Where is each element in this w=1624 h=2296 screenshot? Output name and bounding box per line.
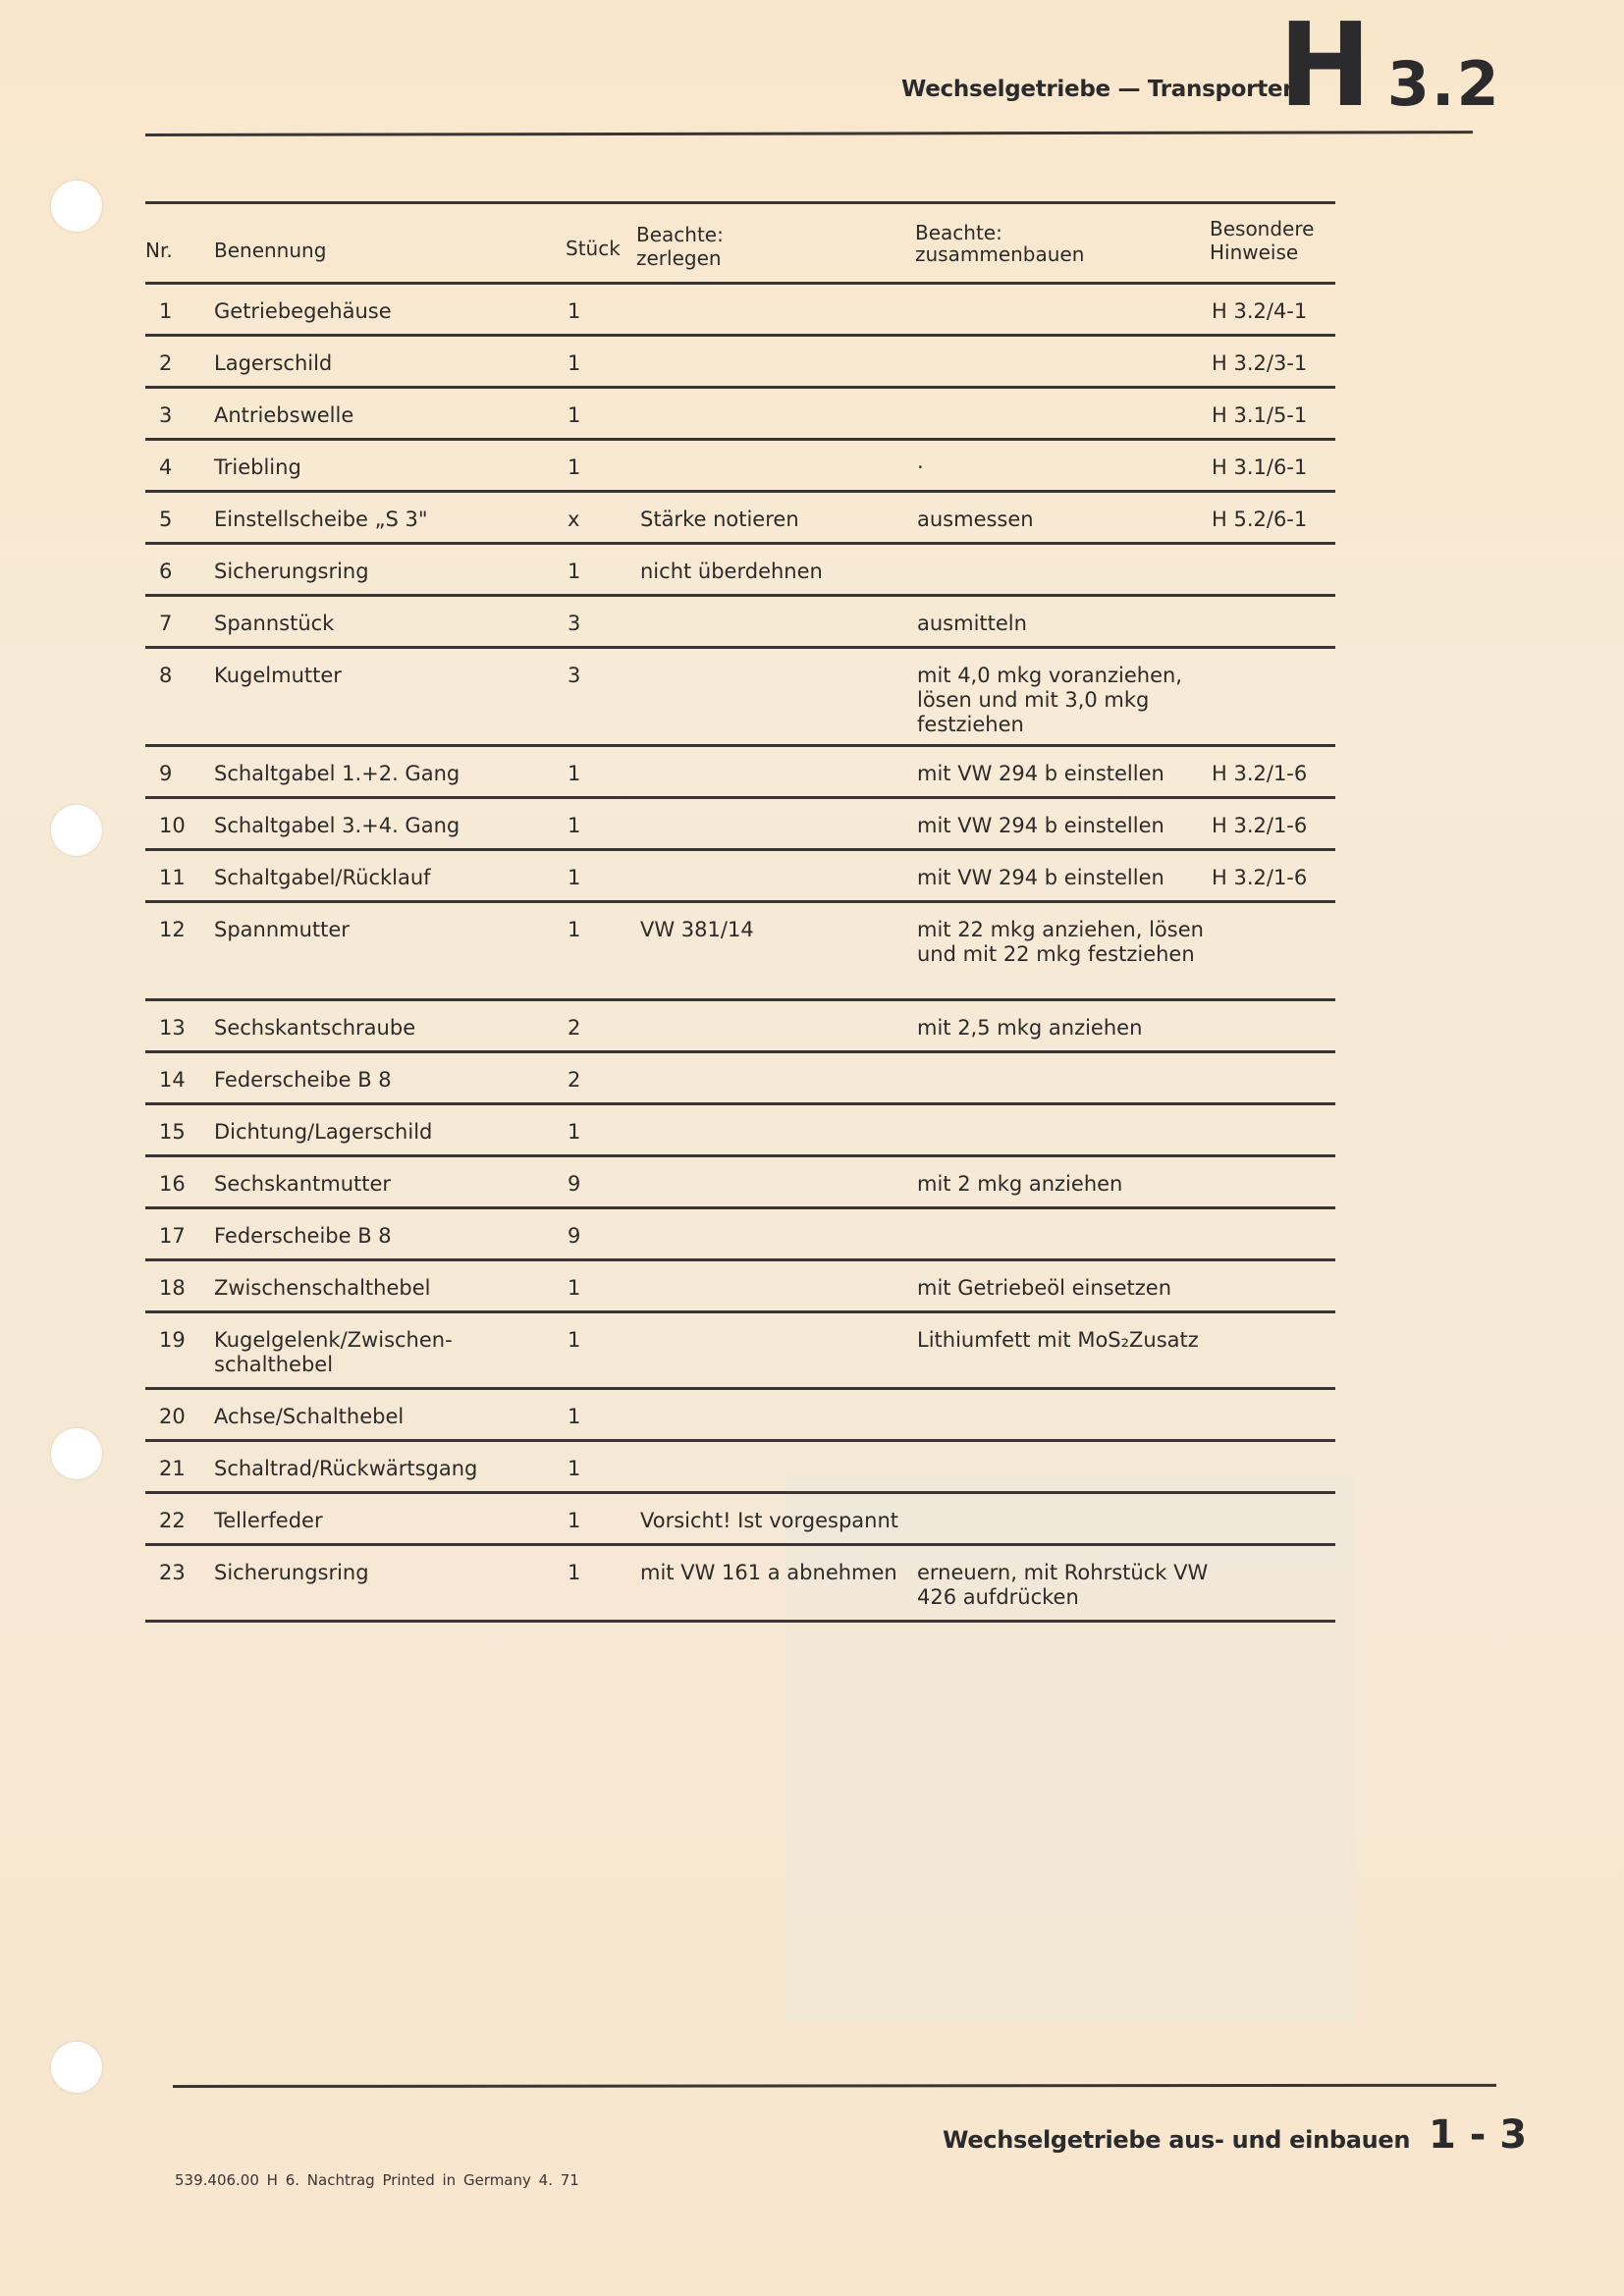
cell-name: Schaltgabel/Rücklauf: [214, 866, 568, 890]
table-row: 15Dichtung/Lagerschild1: [145, 1120, 1335, 1154]
page-number: 1 - 3: [1429, 2112, 1527, 2158]
table-row: 3Antriebswelle1H 3.1/5-1: [145, 403, 1335, 438]
cell-nr: 7: [159, 612, 172, 636]
column-header-disassemble-2: zerlegen: [636, 246, 722, 270]
table-row: 17Federscheibe B 89: [145, 1224, 1335, 1258]
cell-qty: 3: [568, 612, 580, 636]
row-rule: [145, 1310, 1335, 1313]
cell-nr: 8: [159, 664, 172, 688]
row-rule: [145, 998, 1335, 1001]
cell-assemble: mit VW 294 b einstellen: [917, 762, 1212, 786]
cell-qty: 2: [568, 1068, 580, 1093]
punch-hole: [51, 805, 102, 856]
cell-qty: 1: [568, 351, 580, 376]
section-number: 3.2: [1387, 55, 1501, 114]
row-rule: [145, 900, 1335, 903]
table-row: 13Sechskantschraube2mit 2,5 mkg anziehen: [145, 1016, 1335, 1050]
cell-notes: H 3.1/5-1: [1212, 403, 1307, 428]
table-row: 6Sicherungsring1nicht überdehnen: [145, 560, 1335, 594]
footer-section-title: Wechselgetriebe aus- und einbauen: [943, 2126, 1410, 2154]
cell-nr: 16: [159, 1172, 186, 1197]
cell-notes: H 3.2/4-1: [1212, 299, 1307, 324]
cell-disassemble: VW 381/14: [640, 918, 915, 942]
cell-qty: 9: [568, 1172, 580, 1197]
table-row: 10Schaltgabel 3.+4. Gang1mit VW 294 b ei…: [145, 814, 1335, 848]
cell-nr: 21: [159, 1457, 186, 1481]
cell-name: Schaltgabel 1.+2. Gang: [214, 762, 568, 786]
cell-name: Schaltgabel 3.+4. Gang: [214, 814, 568, 838]
cell-name: Kugelmutter: [214, 664, 568, 688]
table-row: 1Getriebegehäuse1H 3.2/4-1: [145, 299, 1335, 334]
cell-name: Spannstück: [214, 612, 568, 636]
column-header-assemble-1: Beachte:: [915, 221, 1002, 244]
cell-assemble: mit 22 mkg anziehen, lösen und mit 22 mk…: [917, 918, 1212, 967]
cell-qty: 1: [568, 762, 580, 786]
row-rule: [145, 1543, 1335, 1546]
cell-qty: 9: [568, 1224, 580, 1249]
cell-nr: 19: [159, 1328, 186, 1353]
cell-qty: 2: [568, 1016, 580, 1041]
table-row: 9Schaltgabel 1.+2. Gang1mit VW 294 b ein…: [145, 762, 1335, 796]
row-rule: [145, 490, 1335, 493]
table-row: 22Tellerfeder1Vorsicht! Ist vorgespannt: [145, 1509, 1335, 1543]
cell-nr: 23: [159, 1561, 186, 1585]
cell-name: Zwischenschalthebel: [214, 1276, 568, 1301]
cell-name: Sechskantschraube: [214, 1016, 568, 1041]
section-code: H 3.2: [1276, 6, 1501, 114]
cell-nr: 14: [159, 1068, 186, 1093]
cell-qty: 1: [568, 1120, 580, 1145]
cell-qty: 1: [568, 560, 580, 584]
punch-hole: [51, 181, 102, 232]
scan-shading: [785, 1472, 1355, 2022]
cell-assemble: mit 2 mkg anziehen: [917, 1172, 1212, 1197]
cell-qty: 3: [568, 664, 580, 688]
cell-nr: 9: [159, 762, 172, 786]
cell-notes: H 3.2/1-6: [1212, 866, 1307, 890]
cell-disassemble: Stärke notieren: [640, 507, 915, 532]
row-rule: [145, 1206, 1335, 1209]
cell-nr: 1: [159, 299, 172, 324]
table-row: 5Einstellscheibe „S 3"xStärke notierenau…: [145, 507, 1335, 542]
cell-qty: 1: [568, 866, 580, 890]
row-rule: [145, 594, 1335, 597]
cell-nr: 17: [159, 1224, 186, 1249]
table-row: 7Spannstück3ausmitteln: [145, 612, 1335, 646]
cell-name: Einstellscheibe „S 3": [214, 507, 568, 532]
cell-nr: 10: [159, 814, 186, 838]
table-row: 2Lagerschild1H 3.2/3-1: [145, 351, 1335, 386]
row-rule: [145, 1387, 1335, 1390]
table-row: 14Federscheibe B 82: [145, 1068, 1335, 1102]
row-rule: [145, 542, 1335, 545]
cell-notes: H 3.2/1-6: [1212, 814, 1307, 838]
row-rule: [145, 646, 1335, 649]
cell-qty: 1: [568, 1561, 580, 1585]
cell-notes: H 3.2/1-6: [1212, 762, 1307, 786]
cell-name: Spannmutter: [214, 918, 568, 942]
cell-nr: 4: [159, 455, 172, 480]
table-header-rule: [145, 282, 1335, 285]
row-rule: [145, 1620, 1335, 1623]
cell-nr: 11: [159, 866, 186, 890]
row-rule: [145, 1439, 1335, 1442]
cell-disassemble: Vorsicht! Ist vorgespannt: [640, 1509, 915, 1533]
row-rule: [145, 1258, 1335, 1261]
cell-name: Tellerfeder: [214, 1509, 568, 1533]
cell-notes: H 5.2/6-1: [1212, 507, 1307, 532]
column-header-disassemble-1: Beachte:: [636, 223, 724, 246]
cell-name: Triebling: [214, 455, 568, 480]
cell-assemble: ·: [917, 455, 1212, 480]
cell-assemble: mit Getriebeöl einsetzen: [917, 1276, 1212, 1301]
document-title: Wechselgetriebe — Transporter: [901, 77, 1293, 102]
column-header-nr: Nr.: [145, 239, 173, 262]
section-letter: H: [1278, 16, 1371, 114]
cell-name: Schaltrad/Rückwärtsgang: [214, 1457, 568, 1481]
table-row: 16Sechskantmutter9mit 2 mkg anziehen: [145, 1172, 1335, 1206]
print-info: 539.406.00 H 6. Nachtrag Printed in Germ…: [175, 2171, 579, 2189]
cell-assemble: ausmitteln: [917, 612, 1212, 636]
table-row: 23Sicherungsring1mit VW 161 a abnehmener…: [145, 1561, 1335, 1620]
column-header-assemble-2: zusammenbauen: [915, 242, 1084, 266]
cell-name: Sicherungsring: [214, 1561, 568, 1585]
cell-assemble: mit 4,0 mkg voranziehen, lösen und mit 3…: [917, 664, 1212, 737]
table-row: 11Schaltgabel/Rücklauf1mit VW 294 b eins…: [145, 866, 1335, 900]
cell-qty: 1: [568, 1328, 580, 1353]
cell-nr: 22: [159, 1509, 186, 1533]
column-header-notes-2: Hinweise: [1210, 240, 1298, 264]
cell-nr: 2: [159, 351, 172, 376]
row-rule: [145, 796, 1335, 799]
cell-disassemble: mit VW 161 a abnehmen: [640, 1561, 915, 1585]
cell-assemble: mit VW 294 b einstellen: [917, 814, 1212, 838]
parts-table: Nr. Benennung Stück Beachte: zerlegen Be…: [145, 201, 1335, 282]
cell-assemble: ausmessen: [917, 507, 1212, 532]
cell-name: Federscheibe B 8: [214, 1224, 568, 1249]
row-rule: [145, 848, 1335, 851]
cell-name: Sicherungsring: [214, 560, 568, 584]
row-rule: [145, 744, 1335, 747]
cell-name: Lagerschild: [214, 351, 568, 376]
cell-name: Federscheibe B 8: [214, 1068, 568, 1093]
table-row: 20Achse/Schalthebel1: [145, 1405, 1335, 1439]
punch-hole: [51, 1428, 102, 1479]
cell-qty: 1: [568, 814, 580, 838]
cell-qty: 1: [568, 403, 580, 428]
cell-nr: 3: [159, 403, 172, 428]
row-rule: [145, 1050, 1335, 1053]
cell-nr: 5: [159, 507, 172, 532]
cell-nr: 6: [159, 560, 172, 584]
cell-qty: 1: [568, 1405, 580, 1429]
table-row: 19Kugelgelenk/Zwischen-schalthebel1Lithi…: [145, 1328, 1335, 1387]
cell-assemble: mit VW 294 b einstellen: [917, 866, 1212, 890]
table-row: 12Spannmutter1VW 381/14mit 22 mkg anzieh…: [145, 918, 1335, 998]
cell-nr: 18: [159, 1276, 186, 1301]
cell-qty: 1: [568, 1457, 580, 1481]
row-rule: [145, 438, 1335, 441]
cell-qty: 1: [568, 299, 580, 324]
column-header-notes-1: Besondere: [1210, 217, 1314, 240]
cell-qty: 1: [568, 1276, 580, 1301]
cell-assemble: Lithiumfett mit MoS₂Zusatz: [917, 1328, 1212, 1353]
cell-assemble: mit 2,5 mkg anziehen: [917, 1016, 1212, 1041]
cell-name: Dichtung/Lagerschild: [214, 1120, 568, 1145]
punch-hole: [51, 2042, 102, 2093]
cell-name: Kugelgelenk/Zwischen-schalthebel: [214, 1328, 568, 1377]
row-rule: [145, 1102, 1335, 1105]
row-rule: [145, 1491, 1335, 1494]
cell-name: Sechskantmutter: [214, 1172, 568, 1197]
cell-assemble: erneuern, mit Rohrstück VW 426 aufdrücke…: [917, 1561, 1212, 1610]
cell-notes: H 3.2/3-1: [1212, 351, 1307, 376]
column-header-name: Benennung: [214, 239, 326, 262]
row-rule: [145, 1154, 1335, 1157]
cell-nr: 13: [159, 1016, 186, 1041]
cell-qty: x: [568, 507, 579, 532]
table-row: 4Triebling1·H 3.1/6-1: [145, 455, 1335, 490]
cell-disassemble: nicht überdehnen: [640, 560, 915, 584]
table-row: 8Kugelmutter3mit 4,0 mkg voranziehen, lö…: [145, 664, 1335, 744]
table-row: 18Zwischenschalthebel1mit Getriebeöl ein…: [145, 1276, 1335, 1310]
cell-name: Antriebswelle: [214, 403, 568, 428]
table-header: Nr. Benennung Stück Beachte: zerlegen Be…: [145, 201, 1335, 282]
cell-qty: 1: [568, 918, 580, 942]
row-rule: [145, 334, 1335, 337]
cell-qty: 1: [568, 455, 580, 480]
cell-nr: 12: [159, 918, 186, 942]
cell-name: Getriebegehäuse: [214, 299, 568, 324]
column-header-qty: Stück: [566, 237, 621, 260]
cell-nr: 15: [159, 1120, 186, 1145]
cell-name: Achse/Schalthebel: [214, 1405, 568, 1429]
table-row: 21Schaltrad/Rückwärtsgang1: [145, 1457, 1335, 1491]
cell-qty: 1: [568, 1509, 580, 1533]
cell-notes: H 3.1/6-1: [1212, 455, 1307, 480]
cell-nr: 20: [159, 1405, 186, 1429]
row-rule: [145, 386, 1335, 389]
